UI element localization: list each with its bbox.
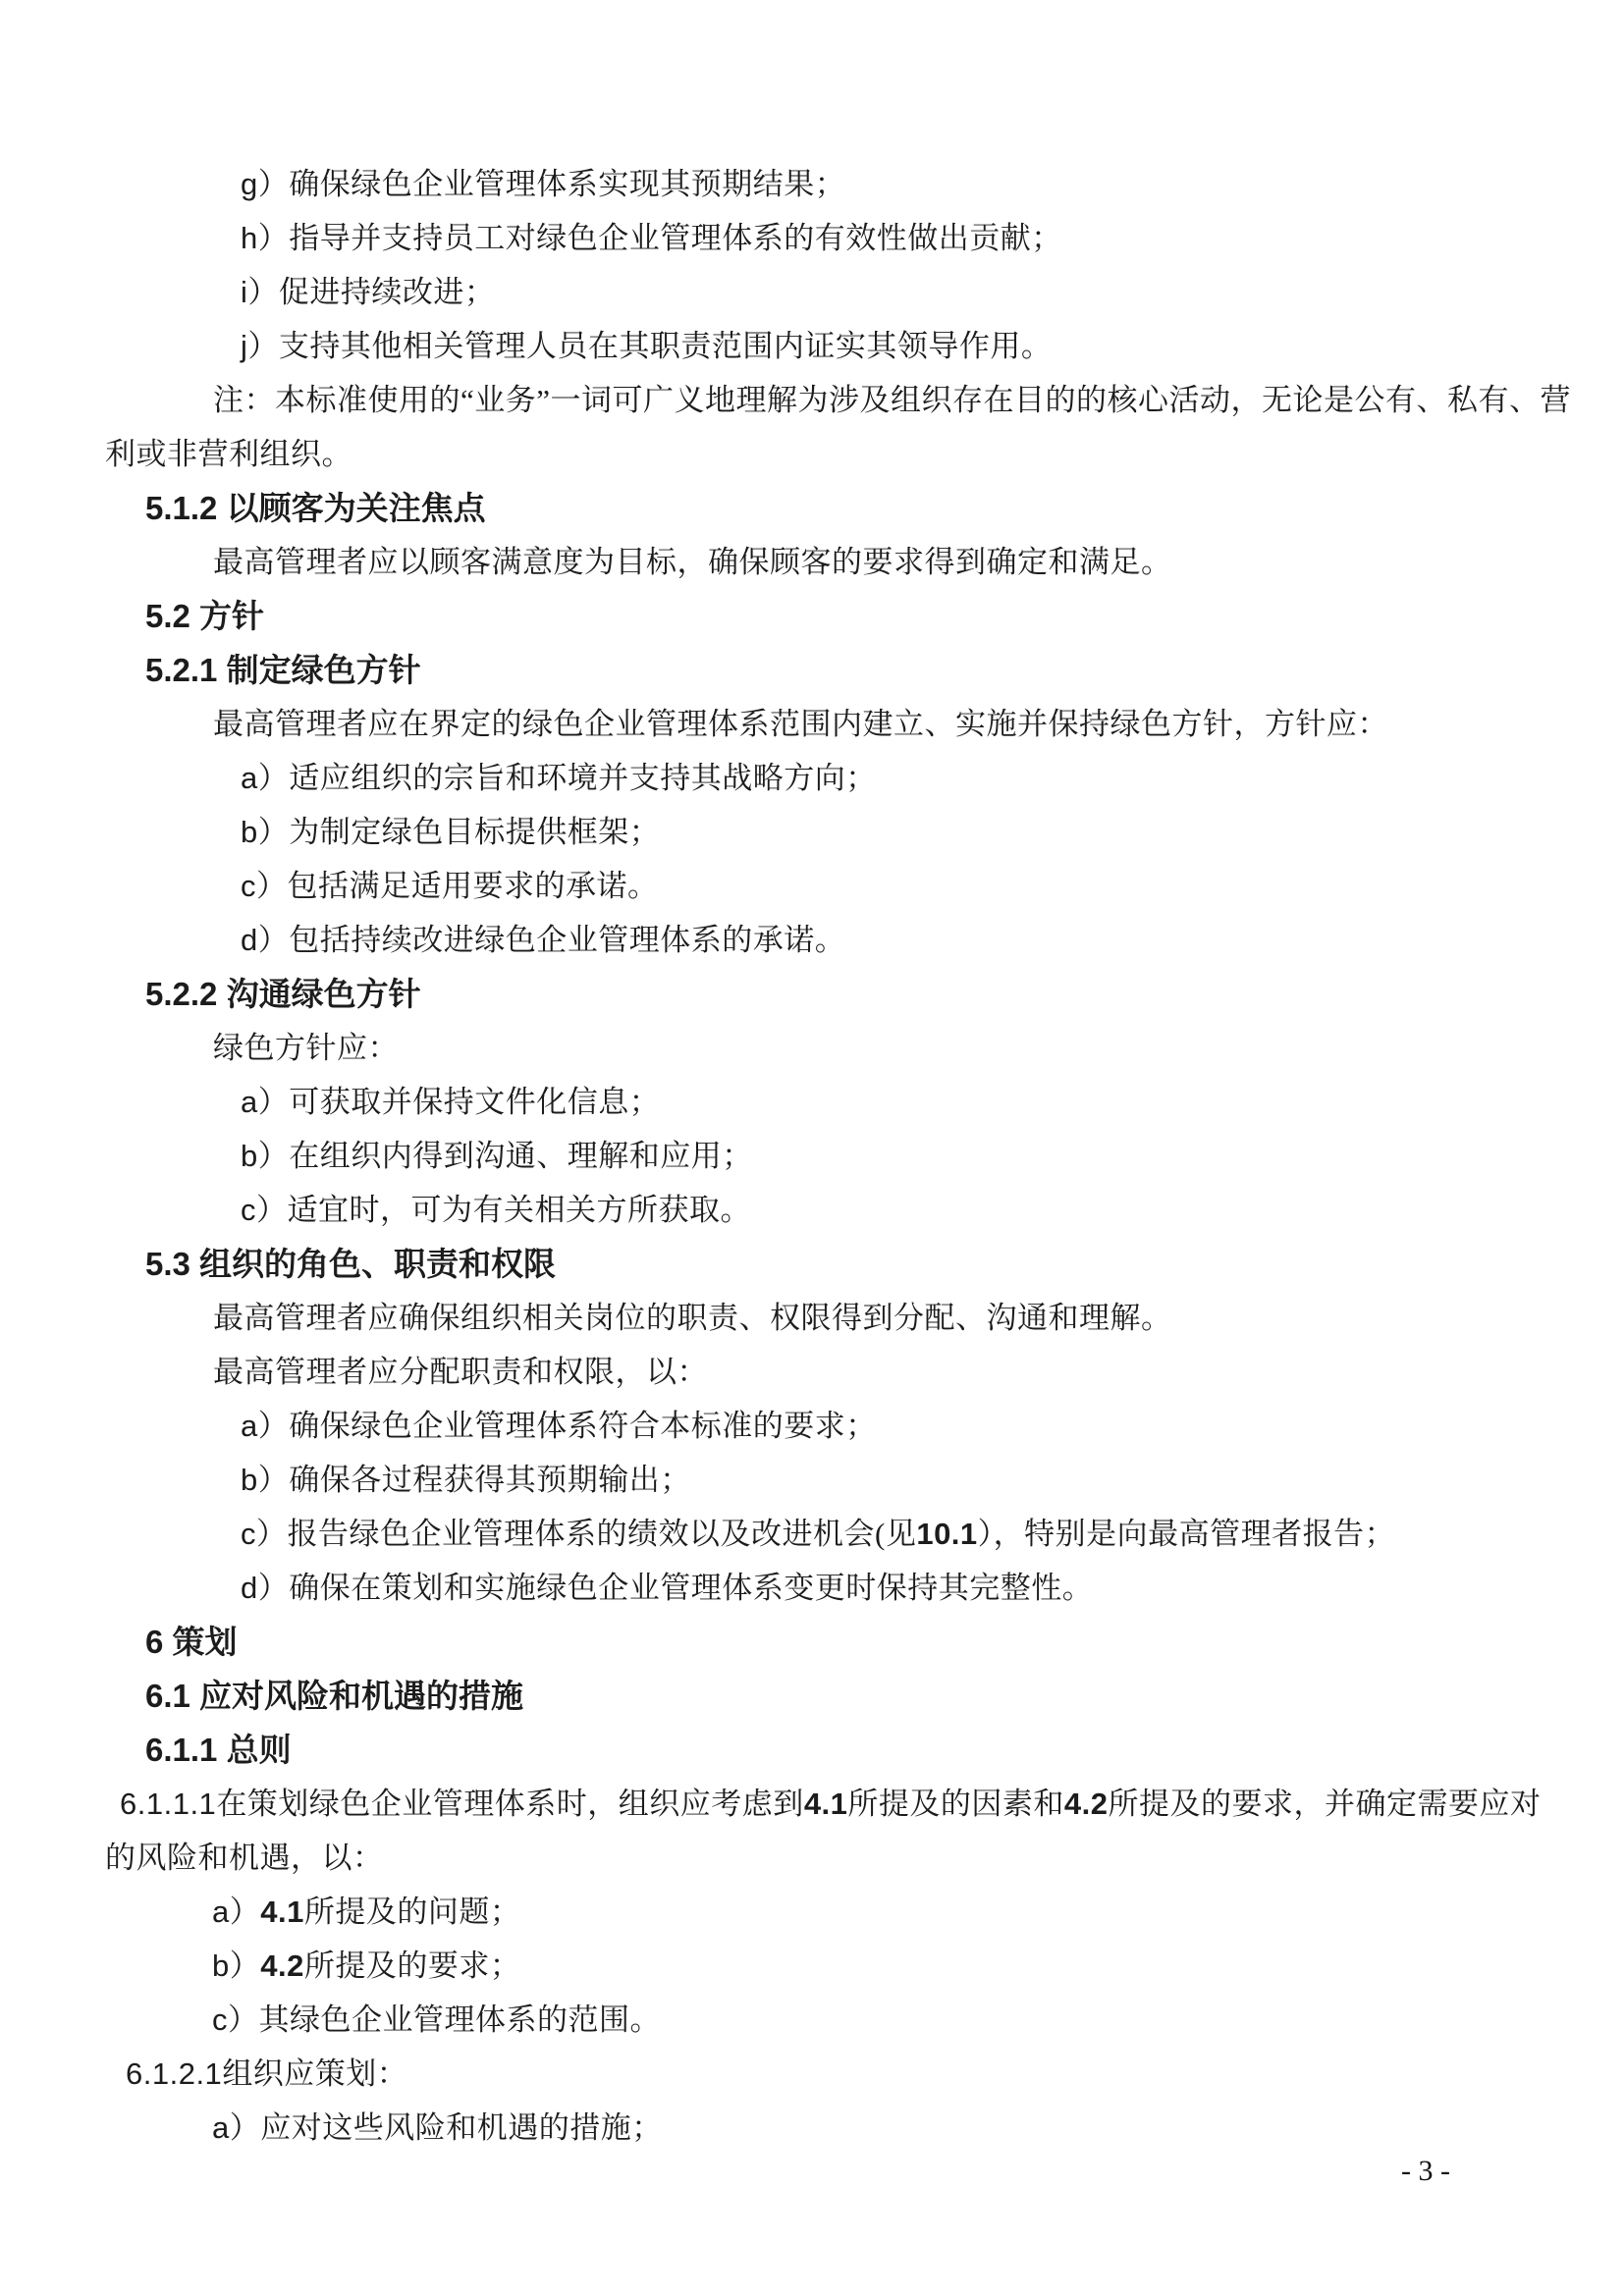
text-line: a）适应组织的宗旨和环境并支持其战略方向；: [0, 751, 1624, 805]
section-heading: 5.1.2 以顾客为关注焦点: [0, 481, 1624, 535]
section-heading: 6.1.1 总则: [0, 1723, 1624, 1777]
text-run: a）: [212, 2110, 260, 2145]
text-run: c）: [212, 2002, 259, 2037]
text-run: a）: [212, 1895, 260, 1929]
section-heading: 5.2.2 沟通绿色方针: [0, 967, 1624, 1021]
text-run: 5.2.1 制定绿色方针: [145, 652, 421, 688]
text-line: i）促进持续改进；: [0, 265, 1624, 319]
text-run: a）: [241, 1085, 289, 1119]
section-heading: 5.2 方针: [0, 589, 1624, 643]
section-heading: 5.3 组织的角色、职责和权限: [0, 1237, 1624, 1291]
text-run: 6.1.1 总则: [145, 1732, 292, 1768]
text-line: a）可获取并保持文件化信息；: [0, 1075, 1624, 1129]
text-run: 包括持续改进绿色企业管理体系的承诺。: [289, 923, 845, 957]
text-run: c）: [241, 869, 288, 903]
text-run: b）: [212, 1949, 260, 1983]
text-run: j）: [241, 329, 279, 363]
text-run: 所提及的要求；: [304, 1949, 521, 1983]
text-line: d）确保在策划和实施绿色企业管理体系变更时保持其完整性。: [0, 1561, 1624, 1615]
text-line: a）4.1所提及的问题；: [0, 1885, 1624, 1939]
text-line: 最高管理者应分配职责和权限，以：: [0, 1345, 1624, 1399]
text-run: 支持其他相关管理人员在其职责范围内证实其领导作用。: [279, 329, 1053, 363]
text-line: 注：本标准使用的“业务”一词可广义地理解为涉及组织存在目的的核心活动，无论是公有…: [0, 373, 1624, 427]
text-run: c）: [241, 1193, 288, 1227]
text-run: 在组织内得到沟通、理解和应用；: [289, 1139, 753, 1173]
text-run: 报告绿色企业管理体系的绩效以及改进机会(见: [288, 1517, 917, 1551]
text-run: 在策划绿色企业管理体系时，组织应考虑到: [216, 1787, 804, 1821]
text-run: 4.2: [260, 1949, 304, 1983]
text-run: 注：本标准使用的“业务”一词可广义地理解为涉及组织存在目的的核心活动，无论是公有…: [213, 383, 1571, 417]
text-run: d）: [241, 1571, 289, 1605]
text-run: 绿色方针应：: [213, 1031, 399, 1065]
document-page-content: g）确保绿色企业管理体系实现其预期结果；h）指导并支持员工对绿色企业管理体系的有…: [0, 157, 1624, 2155]
text-run: 4.2: [1064, 1787, 1109, 1821]
text-run: 适宜时，可为有关相关方所获取。: [288, 1193, 752, 1227]
text-run: c）: [241, 1517, 288, 1551]
text-line: b）4.2所提及的要求；: [0, 1939, 1624, 1993]
section-heading: 6.1 应对风险和机遇的措施: [0, 1669, 1624, 1723]
text-run: 6.1.2.1: [126, 2056, 222, 2091]
text-run: b）: [241, 815, 289, 849]
text-run: 6.1.1.1: [120, 1787, 216, 1821]
text-run: 所提及的问题；: [304, 1895, 521, 1929]
text-run: 5.3 组织的角色、职责和权限: [145, 1246, 556, 1282]
text-run: g）: [241, 167, 289, 201]
text-run: 其绿色企业管理体系的范围。: [259, 2002, 662, 2037]
text-line: 6.1.1.1在策划绿色企业管理体系时，组织应考虑到4.1所提及的因素和4.2所…: [0, 1777, 1624, 1831]
text-run: i）: [241, 275, 279, 309]
text-run: 确保绿色企业管理体系符合本标准的要求；: [289, 1409, 877, 1443]
text-line: b）为制定绿色目标提供框架；: [0, 805, 1624, 859]
text-run: 确保各过程获得其预期输出；: [289, 1463, 691, 1497]
text-line: 最高管理者应以顾客满意度为目标，确保顾客的要求得到确定和满足。: [0, 535, 1624, 589]
text-run: 4.1: [260, 1895, 304, 1929]
text-run: 5.2 方针: [145, 598, 264, 634]
text-run: 最高管理者应以顾客满意度为目标，确保顾客的要求得到确定和满足。: [213, 545, 1172, 579]
text-run: b）: [241, 1139, 289, 1173]
text-run: 5.1.2 以顾客为关注焦点: [145, 490, 486, 526]
text-line: 利或非营利组织。: [0, 427, 1624, 481]
text-line: g）确保绿色企业管理体系实现其预期结果；: [0, 157, 1624, 211]
text-line: 最高管理者应在界定的绿色企业管理体系范围内建立、实施并保持绿色方针，方针应：: [0, 697, 1624, 751]
text-run: 利或非营利组织。: [105, 437, 352, 471]
text-run: 指导并支持员工对绿色企业管理体系的有效性做出贡献；: [289, 221, 1062, 255]
text-run: 为制定绿色目标提供框架；: [289, 815, 660, 849]
text-line: j）支持其他相关管理人员在其职责范围内证实其领导作用。: [0, 319, 1624, 373]
text-run: 10.1: [916, 1517, 977, 1551]
text-run: 最高管理者应确保组织相关岗位的职责、权限得到分配、沟通和理解。: [213, 1301, 1172, 1335]
text-run: 最高管理者应分配职责和权限，以：: [213, 1355, 708, 1389]
text-run: 应对这些风险和机遇的措施；: [260, 2110, 663, 2145]
text-run: 促进持续改进；: [279, 275, 496, 309]
text-run: 5.2.2 沟通绿色方针: [145, 976, 421, 1012]
text-run: a）: [241, 761, 289, 795]
text-run: 包括满足适用要求的承诺。: [288, 869, 659, 903]
section-heading: 6 策划: [0, 1615, 1624, 1669]
text-run: 所提及的因素和: [847, 1787, 1064, 1821]
document-page: g）确保绿色企业管理体系实现其预期结果；h）指导并支持员工对绿色企业管理体系的有…: [0, 0, 1624, 2296]
text-line: b）确保各过程获得其预期输出；: [0, 1453, 1624, 1507]
text-run: h）: [241, 221, 289, 255]
text-run: 所提及的要求，并确定需要应对: [1109, 1787, 1542, 1821]
text-line: a）确保绿色企业管理体系符合本标准的要求；: [0, 1399, 1624, 1453]
text-line: c）其绿色企业管理体系的范围。: [0, 1993, 1624, 2047]
text-line: b）在组织内得到沟通、理解和应用；: [0, 1129, 1624, 1183]
text-run: a）: [241, 1409, 289, 1443]
text-run: 最高管理者应在界定的绿色企业管理体系范围内建立、实施并保持绿色方针，方针应：: [213, 707, 1388, 741]
text-line: a）应对这些风险和机遇的措施；: [0, 2101, 1624, 2155]
text-run: 4.1: [804, 1787, 848, 1821]
text-run: b）: [241, 1463, 289, 1497]
text-line: 最高管理者应确保组织相关岗位的职责、权限得到分配、沟通和理解。: [0, 1291, 1624, 1345]
text-line: 6.1.2.1组织应策划：: [0, 2047, 1624, 2101]
text-run: 组织应策划：: [222, 2056, 407, 2091]
text-line: c）包括满足适用要求的承诺。: [0, 859, 1624, 913]
text-run: 确保绿色企业管理体系实现其预期结果；: [289, 167, 845, 201]
text-line: 绿色方针应：: [0, 1021, 1624, 1075]
text-run: 6 策划: [145, 1624, 238, 1660]
section-heading: 5.2.1 制定绿色方针: [0, 643, 1624, 697]
text-run: 6.1 应对风险和机遇的措施: [145, 1678, 523, 1714]
page-number: - 3 -: [1367, 2152, 1485, 2191]
text-line: c）适宜时，可为有关相关方所获取。: [0, 1183, 1624, 1237]
text-run: 适应组织的宗旨和环境并支持其战略方向；: [289, 761, 877, 795]
text-line: d）包括持续改进绿色企业管理体系的承诺。: [0, 913, 1624, 967]
text-run: ），特别是向最高管理者报告；: [978, 1517, 1396, 1551]
text-line: h）指导并支持员工对绿色企业管理体系的有效性做出贡献；: [0, 211, 1624, 265]
text-run: 可获取并保持文件化信息；: [289, 1085, 660, 1119]
text-run: d）: [241, 923, 289, 957]
text-run: 的风险和机遇，以：: [105, 1841, 384, 1875]
text-run: 确保在策划和实施绿色企业管理体系变更时保持其完整性。: [289, 1571, 1093, 1605]
text-line: 的风险和机遇，以：: [0, 1831, 1624, 1885]
text-line: c）报告绿色企业管理体系的绩效以及改进机会(见10.1），特别是向最高管理者报告…: [0, 1507, 1624, 1561]
